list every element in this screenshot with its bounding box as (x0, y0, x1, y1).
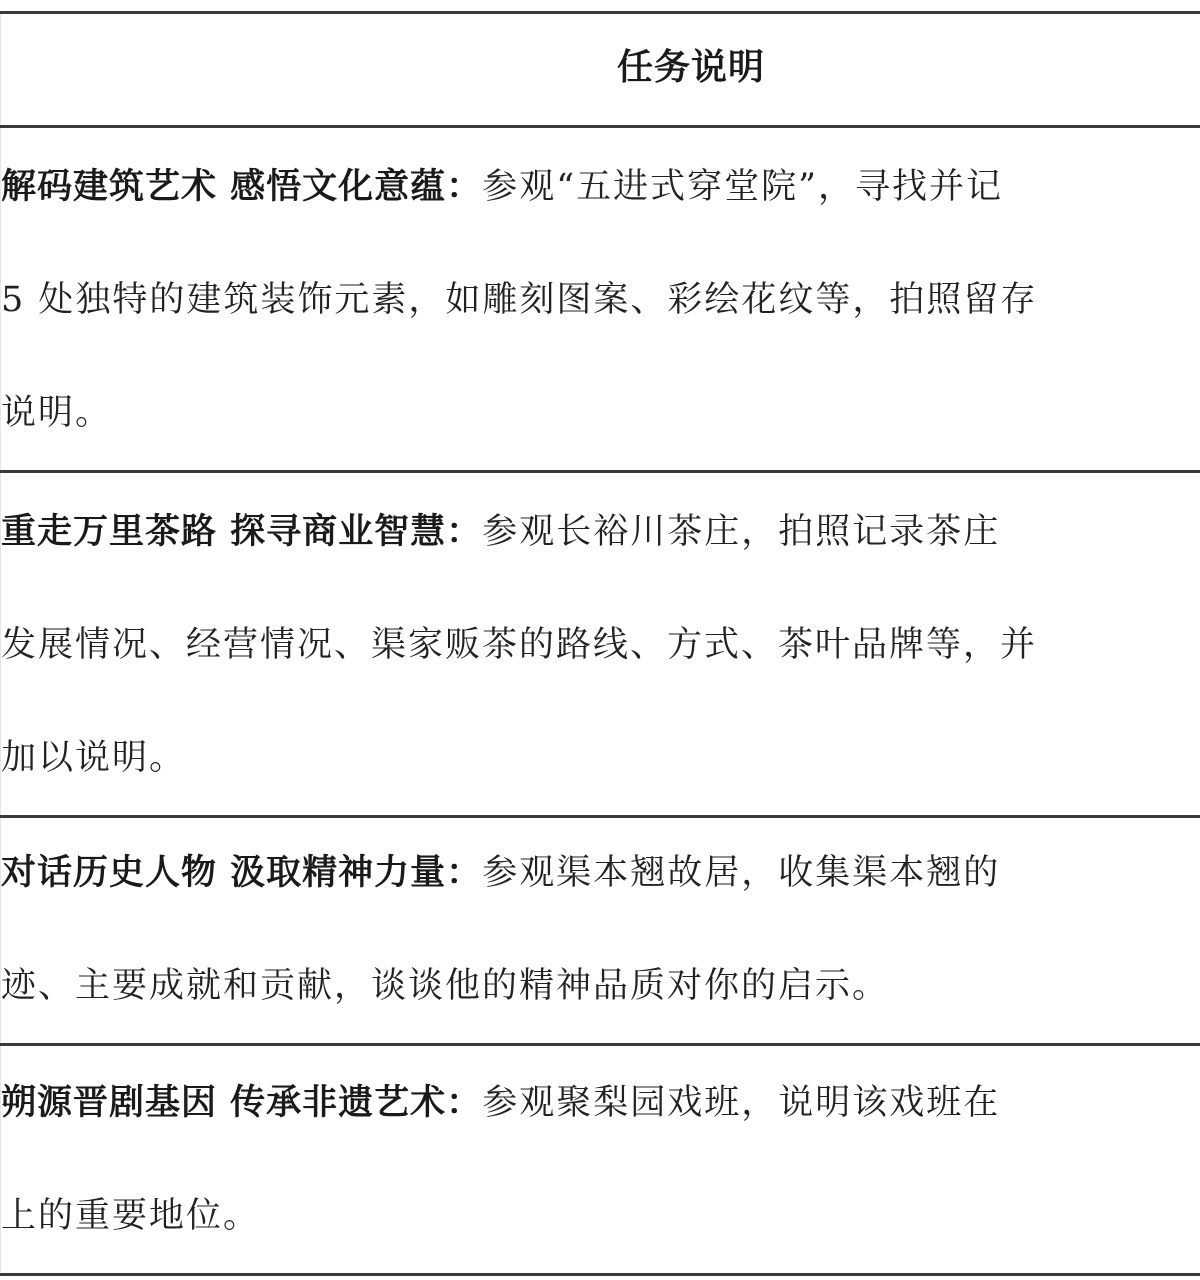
task-text-line: 参观“五进式穿堂院”，寻找并记 (482, 167, 1003, 207)
task-text-line: 迹、主要成就和贡献，谈谈他的精神品质对你的启示。 (1, 966, 889, 1006)
document-viewport: 任务说明 解码建筑艺术 感悟文化意蕴：参观“五进式穿堂院”，寻找并记5 处独特的… (0, 0, 1200, 1280)
table-row: 重走万里茶路 探寻商业智慧：参观长裕川茶庄，拍照记录茶庄发展情况、经营情况、渠家… (1, 472, 1200, 817)
task-title: 朔源晋剧基因 传承非遗艺术： (1, 1082, 482, 1123)
task-description: 重走万里茶路 探寻商业智慧：参观长裕川茶庄，拍照记录茶庄发展情况、经营情况、渠家… (1, 473, 1200, 815)
table-row: 朔源晋剧基因 传承非遗艺术：参观聚梨园戏班，说明该戏班在上的重要地位。 (1, 1045, 1200, 1275)
table-header-row: 任务说明 (1, 13, 1200, 127)
task-description: 对话历史人物 汲取精神力量：参观渠本翘故居，收集渠本翘的迹、主要成就和贡献，谈谈… (1, 816, 1200, 1043)
task-cell-architecture: 解码建筑艺术 感悟文化意蕴：参观“五进式穿堂院”，寻找并记5 处独特的建筑装饰元… (1, 127, 1200, 472)
task-text-line: 加以说明。 (1, 738, 186, 778)
task-text-line: 上的重要地位。 (1, 1196, 260, 1236)
task-title: 对话历史人物 汲取精神力量： (1, 852, 482, 893)
task-cell-jin-opera: 朔源晋剧基因 传承非遗艺术：参观聚梨园戏班，说明该戏班在上的重要地位。 (1, 1045, 1200, 1275)
task-text-line: 发展情况、经营情况、渠家贩茶的路线、方式、茶叶品牌等，并 (1, 625, 1037, 665)
task-text-line: 说明。 (1, 393, 112, 433)
task-text-line: 参观聚梨园戏班，说明该戏班在 (482, 1083, 1000, 1123)
task-description: 朔源晋剧基因 传承非遗艺术：参观聚梨园戏班，说明该戏班在上的重要地位。 (1, 1046, 1200, 1273)
task-description: 解码建筑艺术 感悟文化意蕴：参观“五进式穿堂院”，寻找并记5 处独特的建筑装饰元… (1, 128, 1200, 470)
table-row: 对话历史人物 汲取精神力量：参观渠本翘故居，收集渠本翘的迹、主要成就和贡献，谈谈… (1, 817, 1200, 1045)
task-table: 任务说明 解码建筑艺术 感悟文化意蕴：参观“五进式穿堂院”，寻找并记5 处独特的… (0, 11, 1200, 1276)
table-row: 解码建筑艺术 感悟文化意蕴：参观“五进式穿堂院”，寻找并记5 处独特的建筑装饰元… (1, 127, 1200, 472)
table-header-cell: 任务说明 (1, 13, 1200, 127)
task-title: 解码建筑艺术 感悟文化意蕴： (1, 166, 482, 207)
task-title: 重走万里茶路 探寻商业智慧： (1, 511, 482, 552)
task-cell-historical-figure: 对话历史人物 汲取精神力量：参观渠本翘故居，收集渠本翘的迹、主要成就和贡献，谈谈… (1, 817, 1200, 1045)
table-header-title: 任务说明 (1, 12, 1200, 123)
task-cell-tea-road: 重走万里茶路 探寻商业智慧：参观长裕川茶庄，拍照记录茶庄发展情况、经营情况、渠家… (1, 472, 1200, 817)
task-text-line: 5 处独特的建筑装饰元素，如雕刻图案、彩绘花纹等，拍照留存 (1, 280, 1037, 320)
task-text-line: 参观渠本翘故居，收集渠本翘的 (482, 853, 1000, 893)
task-text-line: 参观长裕川茶庄，拍照记录茶庄 (482, 512, 1000, 552)
